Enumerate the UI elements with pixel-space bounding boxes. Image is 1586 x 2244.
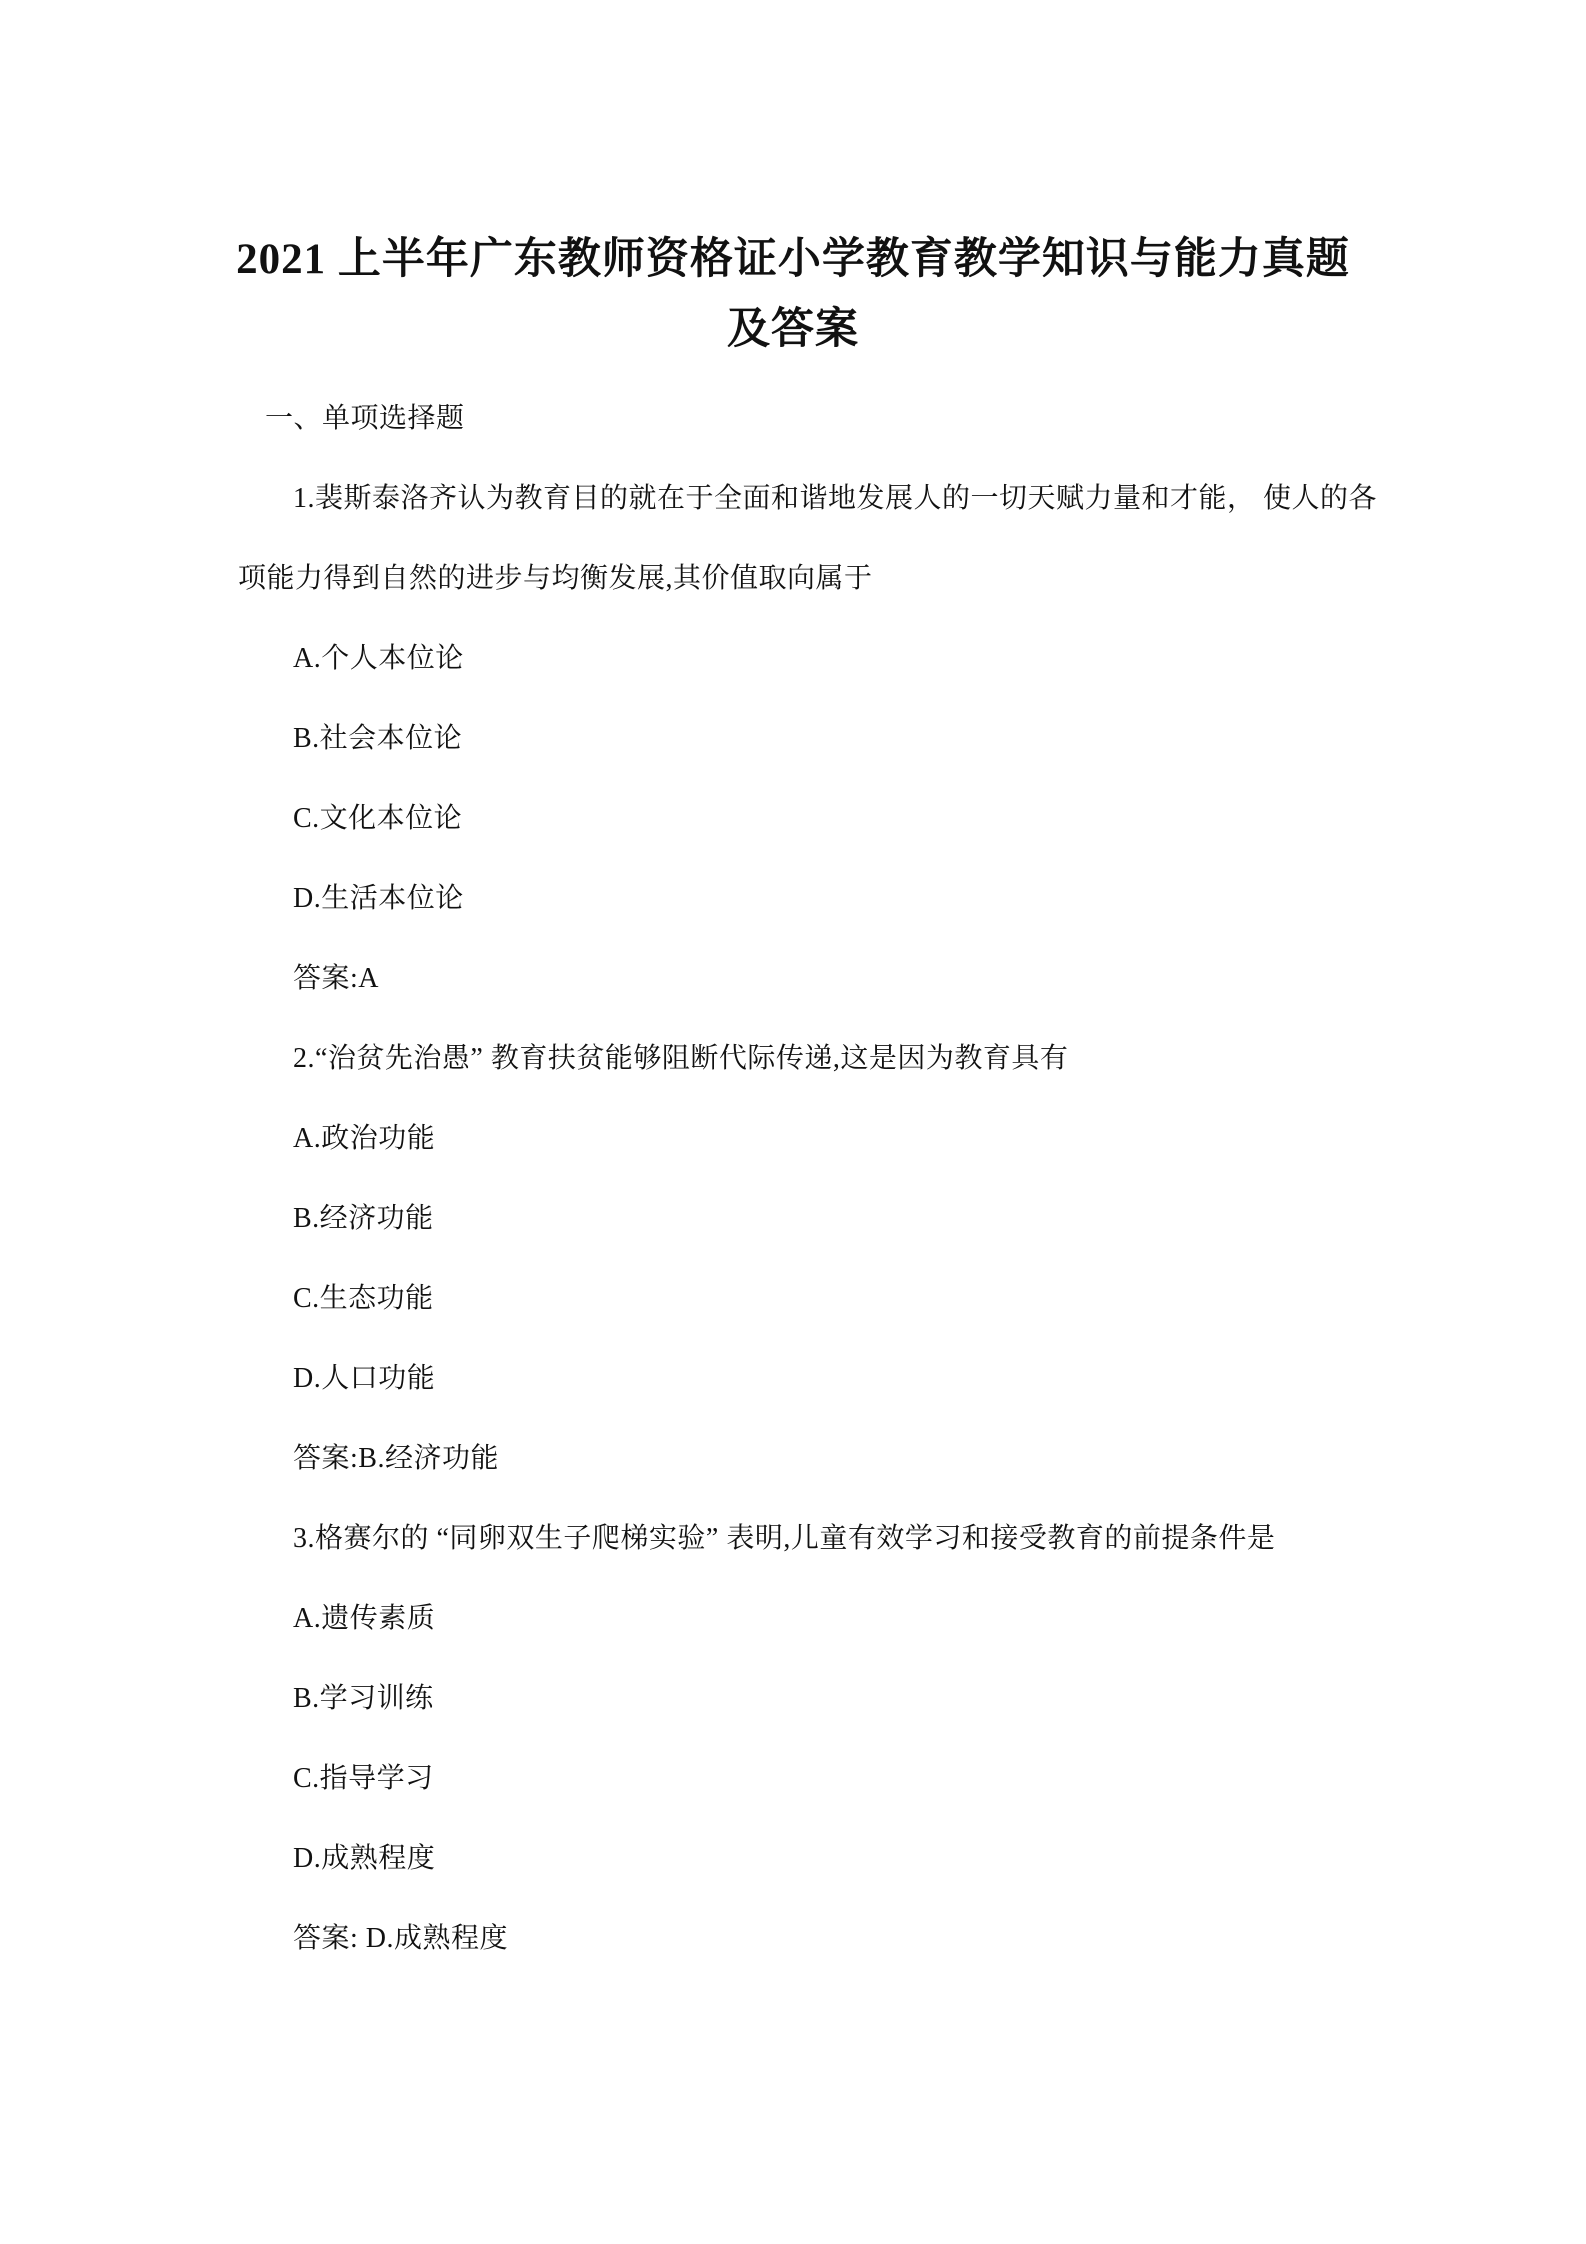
question-1-answer: 答案:A (238, 939, 1366, 1019)
question-2-stem-line-1: 2.“治贫先治愚” 教育扶贫能够阻断代际传递,这是因为教育具有 (238, 1019, 1366, 1099)
question-1-option-a: A.个人本位论 (238, 619, 1366, 699)
question-3-option-d: D.成熟程度 (238, 1819, 1366, 1899)
question-1-option-d: D.生活本位论 (238, 859, 1366, 939)
question-2-option-a: A.政治功能 (238, 1099, 1366, 1179)
document-body: 一、单项选择题 1.裴斯泰洛齐认为教育目的就在于全面和谐地发展人的一切天赋力量和… (0, 379, 1586, 1979)
question-1-stem-line-2: 项能力得到自然的进步与均衡发展,其价值取向属于 (238, 539, 1366, 619)
title-line-2: 及答案 (0, 295, 1586, 365)
question-3-option-b: B.学习训练 (238, 1659, 1366, 1739)
question-3-answer: 答案: D.成熟程度 (238, 1899, 1366, 1979)
question-2-option-b: B.经济功能 (238, 1179, 1366, 1259)
question-1-stem-line-1: 1.裴斯泰洛齐认为教育目的就在于全面和谐地发展人的一切天赋力量和才能， 使人的各 (238, 459, 1366, 539)
question-3-option-c: C.指导学习 (238, 1739, 1366, 1819)
question-2-option-d: D.人口功能 (238, 1339, 1366, 1419)
question-3-stem-line-1: 3.格赛尔的 “同卵双生子爬梯实验” 表明,儿童有效学习和接受教育的前提条件是 (238, 1499, 1366, 1579)
question-3-option-a: A.遗传素质 (238, 1579, 1366, 1659)
document-title: 2021 上半年广东教师资格证小学教育教学知识与能力真题 及答案 (0, 0, 1586, 365)
section-heading: 一、单项选择题 (238, 379, 1366, 459)
document-page: 2021 上半年广东教师资格证小学教育教学知识与能力真题 及答案 一、单项选择题… (0, 0, 1586, 2244)
question-1-option-b: B.社会本位论 (238, 699, 1366, 779)
question-1-option-c: C.文化本位论 (238, 779, 1366, 859)
title-line-1: 2021 上半年广东教师资格证小学教育教学知识与能力真题 (0, 225, 1586, 295)
question-2-option-c: C.生态功能 (238, 1259, 1366, 1339)
question-2-answer: 答案:B.经济功能 (238, 1419, 1366, 1499)
